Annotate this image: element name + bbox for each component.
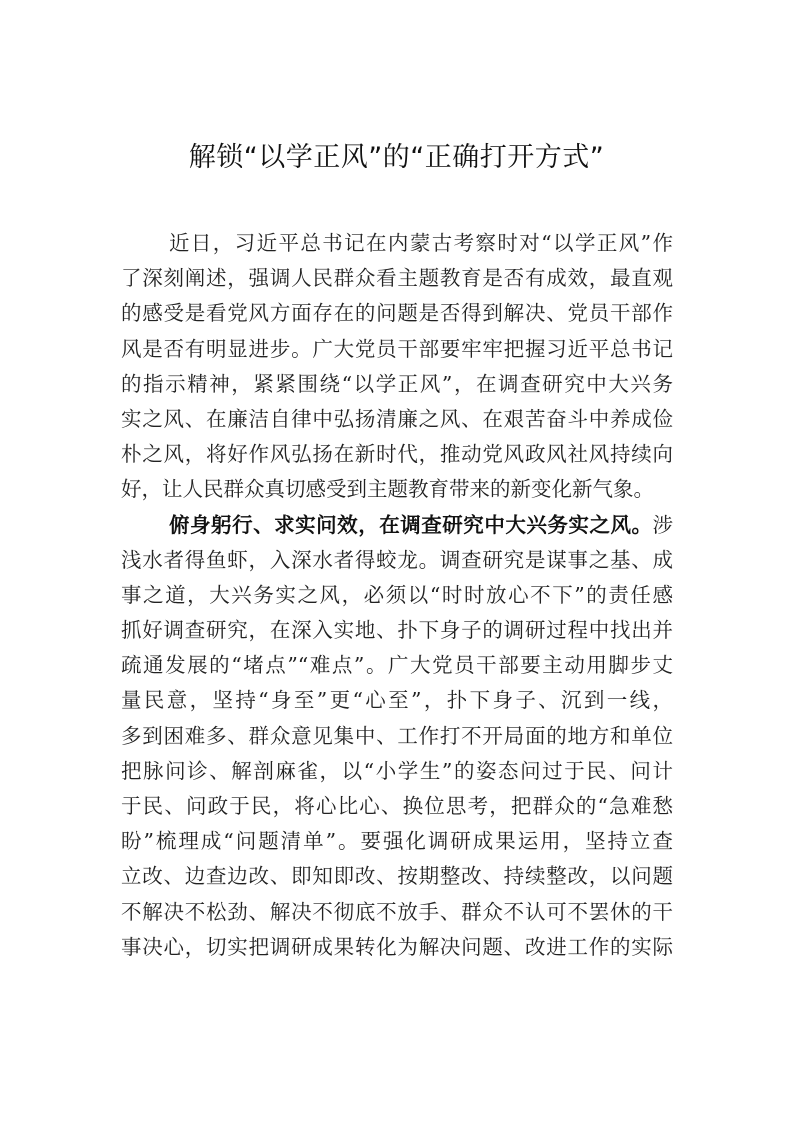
document-page: 解锁“以学正风”的“正确打开方式” 近日，习近平总书记在内蒙古考察时对“以学正风… — [0, 0, 793, 1122]
paragraph-2-line: 疏通发展的“堵点”“难点”。广大党员干部要主动用脚步丈 — [121, 648, 673, 683]
paragraph-1-line: 近日，习近平总书记在内蒙古考察时对“以学正风”作 — [121, 226, 673, 261]
paragraph-1-line: 好，让人民群众真切感受到主题教育带来的新变化新气象。 — [121, 472, 673, 507]
paragraph-2-first-line-rest: 涉 — [653, 513, 674, 537]
paragraph-2-line: 立改、边查边改、即知即改、按期整改、持续整改，以问题 — [121, 859, 673, 894]
paragraph-2-line: 盼”梳理成“问题清单”。要强化调研成果运用，坚持立查 — [121, 824, 673, 859]
paragraph-2-line: 事之道，大兴务实之风，必须以“时时放心不下”的责任感 — [121, 578, 673, 613]
paragraph-2-line: 事决心，切实把调研成果转化为解决问题、改进工作的实际 — [121, 930, 673, 965]
paragraph-1-line: 朴之风，将好作风弘扬在新时代，推动党风政风社风持续向 — [121, 437, 673, 472]
paragraph-2-line: 量民意，坚持“身至”更“心至”，扑下身子、沉到一线， — [121, 683, 673, 718]
paragraph-2-heading: 俯身躬行、求实问效，在调查研究中大兴务实之风。 — [169, 513, 653, 537]
paragraph-2-line: 把脉问诊、解剖麻雀，以“小学生”的姿态问过于民、问计 — [121, 754, 673, 789]
paragraph-1-line: 实之风、在廉洁自律中弘扬清廉之风、在艰苦奋斗中养成俭 — [121, 402, 673, 437]
paragraph-2-line: 多到困难多、群众意见集中、工作打不开局面的地方和单位 — [121, 719, 673, 754]
paragraph-1-line: 的指示精神，紧紧围绕“以学正风”，在调查研究中大兴务 — [121, 367, 673, 402]
paragraph-1-line: 了深刻阐述，强调人民群众看主题教育是否有成效，最直观 — [121, 261, 673, 296]
paragraph-2-line: 不解决不松劲、解决不彻底不放手、群众不认可不罢休的干 — [121, 895, 673, 930]
paragraph-2-line: 抓好调查研究，在深入实地、扑下身子的调研过程中找出并 — [121, 613, 673, 648]
paragraph-2-line: 浅水者得鱼虾，入深水者得蛟龙。调查研究是谋事之基、成 — [121, 543, 673, 578]
paragraph-2-line: 于民、问政于民，将心比心、换位思考，把群众的“急难愁 — [121, 789, 673, 824]
paragraph-2-first-line: 俯身躬行、求实问效，在调查研究中大兴务实之风。涉 — [121, 508, 673, 543]
document-title: 解锁“以学正风”的“正确打开方式” — [0, 140, 793, 176]
paragraph-1-line: 风是否有明显进步。广大党员干部要牢牢把握习近平总书记 — [121, 332, 673, 367]
document-body: 近日，习近平总书记在内蒙古考察时对“以学正风”作 了深刻阐述，强调人民群众看主题… — [121, 226, 673, 965]
paragraph-1-line: 的感受是看党风方面存在的问题是否得到解决、党员干部作 — [121, 296, 673, 331]
